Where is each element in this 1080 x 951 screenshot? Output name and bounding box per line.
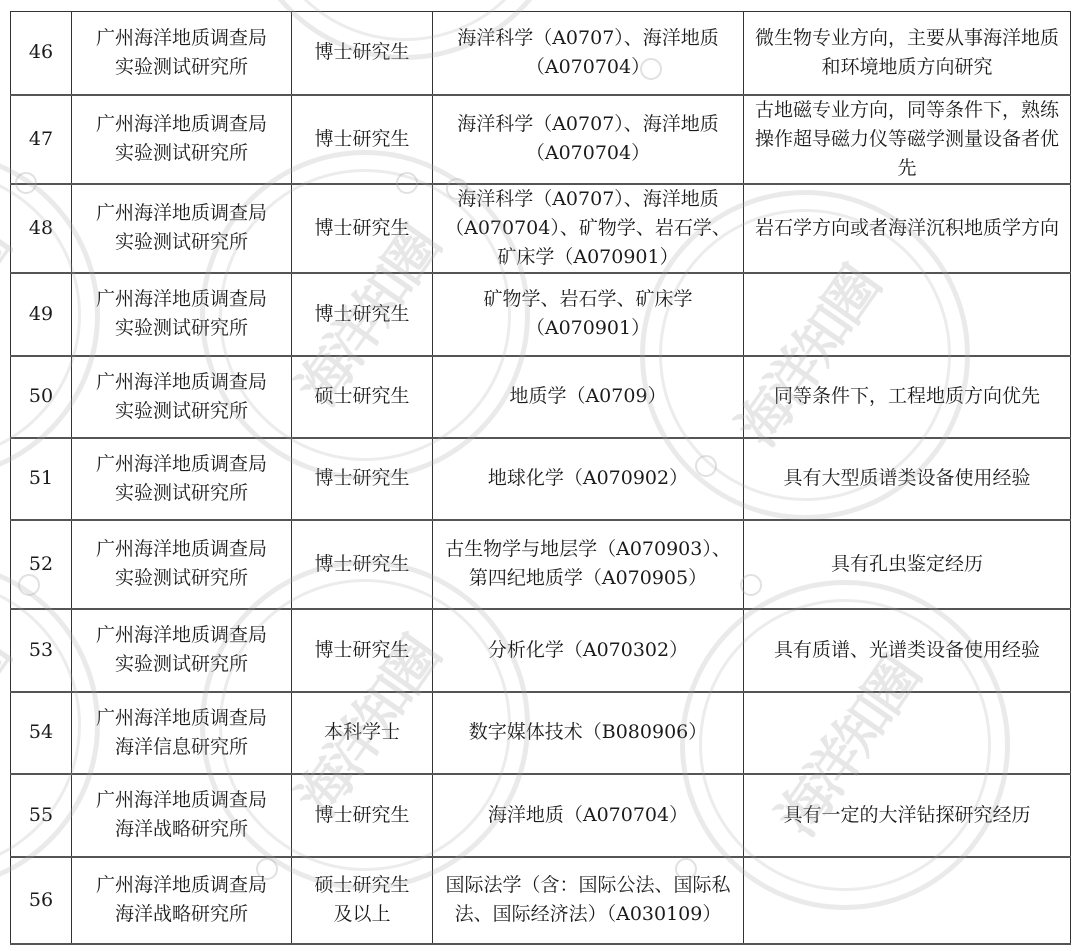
degree-cell: 博士研究生 [292, 774, 433, 857]
row-number: 47 [11, 95, 72, 184]
recruitment-table: 46 广州海洋地质调查局实验测试研究所 博士研究生 海洋科学（A0707）、海洋… [10, 11, 1071, 945]
degree-cell: 硕士研究生及以上 [292, 857, 433, 944]
major-cell: 海洋地质（A070704） [433, 774, 744, 857]
table-row: 53 广州海洋地质调查局实验测试研究所 博士研究生 分析化学（A070302） … [11, 609, 1071, 692]
remark-cell: 具有质谱、光谱类设备使用经验 [744, 609, 1071, 692]
table-row: 55 广州海洋地质调查局海洋战略研究所 博士研究生 海洋地质（A070704） … [11, 774, 1071, 857]
remark-cell: 具有一定的大洋钻探研究经历 [744, 774, 1071, 857]
row-number: 55 [11, 774, 72, 857]
row-number: 49 [11, 273, 72, 356]
table-row: 54 广州海洋地质调查局海洋信息研究所 本科学士 数字媒体技术（B080906） [11, 692, 1071, 774]
row-number: 51 [11, 438, 72, 520]
remark-cell: 同等条件下，工程地质方向优先 [744, 356, 1071, 438]
unit-cell: 广州海洋地质调查局实验测试研究所 [72, 12, 292, 95]
remark-cell: 微生物专业方向，主要从事海洋地质和环境地质方向研究 [744, 12, 1071, 95]
degree-cell: 博士研究生 [292, 438, 433, 520]
unit-cell: 广州海洋地质调查局实验测试研究所 [72, 520, 292, 609]
table-row: 50 广州海洋地质调查局实验测试研究所 硕士研究生 地质学（A0709） 同等条… [11, 356, 1071, 438]
degree-cell: 博士研究生 [292, 12, 433, 95]
unit-cell: 广州海洋地质调查局实验测试研究所 [72, 184, 292, 273]
degree-cell: 博士研究生 [292, 95, 433, 184]
row-number: 46 [11, 12, 72, 95]
table-row: 48 广州海洋地质调查局实验测试研究所 博士研究生 海洋科学（A0707）、海洋… [11, 184, 1071, 273]
remark-cell: 古地磁专业方向，同等条件下，熟练操作超导磁力仪等磁学测量设备者优先 [744, 95, 1071, 184]
major-cell: 矿物学、岩石学、矿床学（A070901） [433, 273, 744, 356]
unit-cell: 广州海洋地质调查局实验测试研究所 [72, 356, 292, 438]
row-number: 50 [11, 356, 72, 438]
major-cell: 海洋科学（A0707）、海洋地质（A070704） [433, 95, 744, 184]
unit-cell: 广州海洋地质调查局海洋信息研究所 [72, 692, 292, 774]
row-number: 48 [11, 184, 72, 273]
major-cell: 古生物学与地层学（A070903）、第四纪地质学（A070905） [433, 520, 744, 609]
remark-cell [744, 857, 1071, 944]
row-number: 56 [11, 857, 72, 944]
degree-cell: 本科学士 [292, 692, 433, 774]
unit-cell: 广州海洋地质调查局实验测试研究所 [72, 273, 292, 356]
row-number: 54 [11, 692, 72, 774]
major-cell: 海洋科学（A0707）、海洋地质（A070704）、矿物学、岩石学、矿床学（A0… [433, 184, 744, 273]
remark-cell: 具有孔虫鉴定经历 [744, 520, 1071, 609]
remark-cell [744, 273, 1071, 356]
major-cell: 地质学（A0709） [433, 356, 744, 438]
table-row: 52 广州海洋地质调查局实验测试研究所 博士研究生 古生物学与地层学（A0709… [11, 520, 1071, 609]
table-row: 49 广州海洋地质调查局实验测试研究所 博士研究生 矿物学、岩石学、矿床学（A0… [11, 273, 1071, 356]
table-row: 56 广州海洋地质调查局海洋战略研究所 硕士研究生及以上 国际法学（含：国际公法… [11, 857, 1071, 944]
major-cell: 数字媒体技术（B080906） [433, 692, 744, 774]
table-row: 46 广州海洋地质调查局实验测试研究所 博士研究生 海洋科学（A0707）、海洋… [11, 12, 1071, 95]
remark-cell [744, 692, 1071, 774]
unit-cell: 广州海洋地质调查局海洋战略研究所 [72, 857, 292, 944]
unit-cell: 广州海洋地质调查局实验测试研究所 [72, 95, 292, 184]
degree-cell: 博士研究生 [292, 609, 433, 692]
major-cell: 海洋科学（A0707）、海洋地质（A070704） [433, 12, 744, 95]
table-row: 47 广州海洋地质调查局实验测试研究所 博士研究生 海洋科学（A0707）、海洋… [11, 95, 1071, 184]
major-cell: 地球化学（A070902） [433, 438, 744, 520]
major-cell: 国际法学（含：国际公法、国际私法、国际经济法）（A030109） [433, 857, 744, 944]
table-row: 51 广州海洋地质调查局实验测试研究所 博士研究生 地球化学（A070902） … [11, 438, 1071, 520]
unit-cell: 广州海洋地质调查局实验测试研究所 [72, 609, 292, 692]
remark-cell: 岩石学方向或者海洋沉积地质学方向 [744, 184, 1071, 273]
row-number: 52 [11, 520, 72, 609]
unit-cell: 广州海洋地质调查局海洋战略研究所 [72, 774, 292, 857]
degree-cell: 博士研究生 [292, 273, 433, 356]
row-number: 53 [11, 609, 72, 692]
major-cell: 分析化学（A070302） [433, 609, 744, 692]
unit-cell: 广州海洋地质调查局实验测试研究所 [72, 438, 292, 520]
remark-cell: 具有大型质谱类设备使用经验 [744, 438, 1071, 520]
degree-cell: 硕士研究生 [292, 356, 433, 438]
degree-cell: 博士研究生 [292, 184, 433, 273]
degree-cell: 博士研究生 [292, 520, 433, 609]
